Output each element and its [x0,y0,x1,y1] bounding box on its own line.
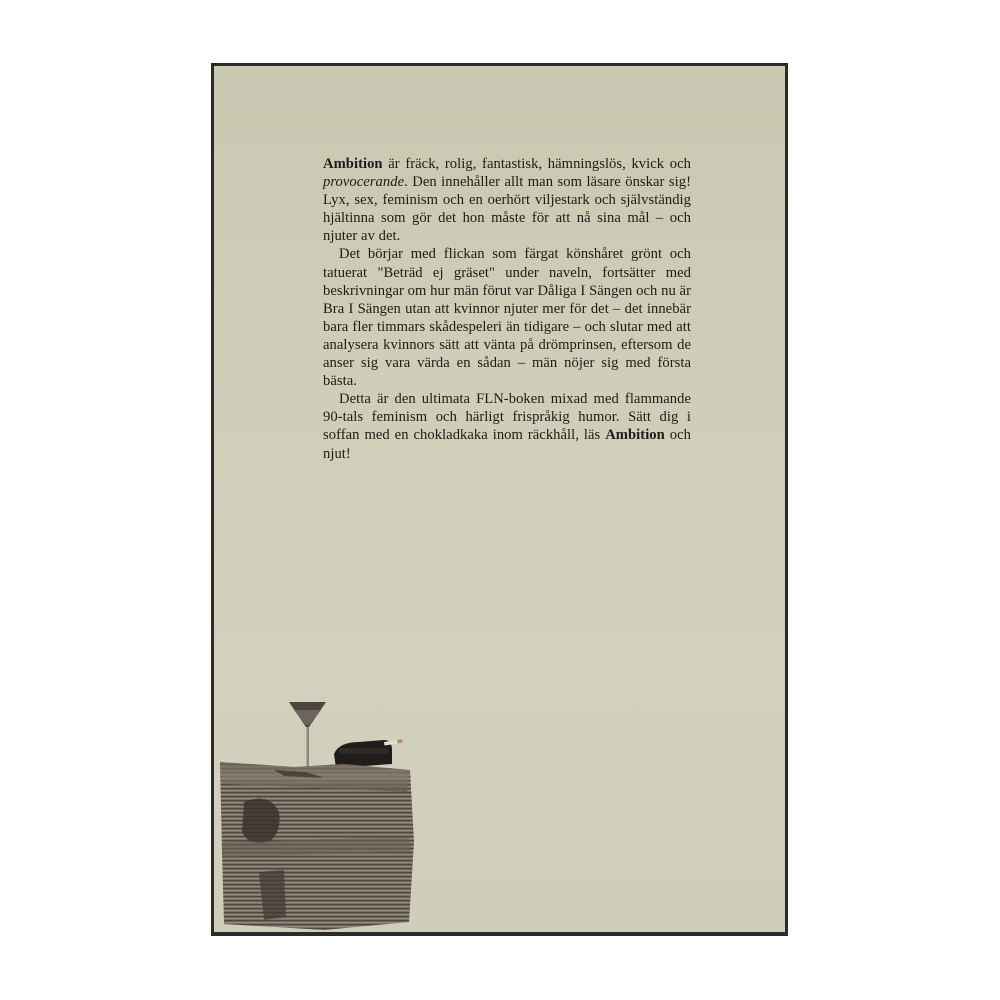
book-title-bold: Ambition [605,427,665,443]
book-title-bold: Ambition [323,156,383,172]
cigarette-icon [384,739,402,745]
blurb-text: Ambition är fräck, rolig, fantastisk, hä… [323,155,691,463]
book-back-cover: Ambition är fräck, rolig, fantastisk, hä… [211,63,788,936]
italic-word: provocerande [323,174,404,190]
blurb-paragraph-2: Det börjar med flickan som färgat könshå… [323,245,691,390]
newspaper-stack-illustration [214,692,424,932]
blurb-paragraph-1: Ambition är fräck, rolig, fantastisk, hä… [323,155,691,245]
blurb-paragraph-3: Detta är den ultimata FLN-boken mixad me… [323,390,691,462]
ashtray-icon [334,740,392,768]
newspaper-stack-icon [220,762,414,930]
